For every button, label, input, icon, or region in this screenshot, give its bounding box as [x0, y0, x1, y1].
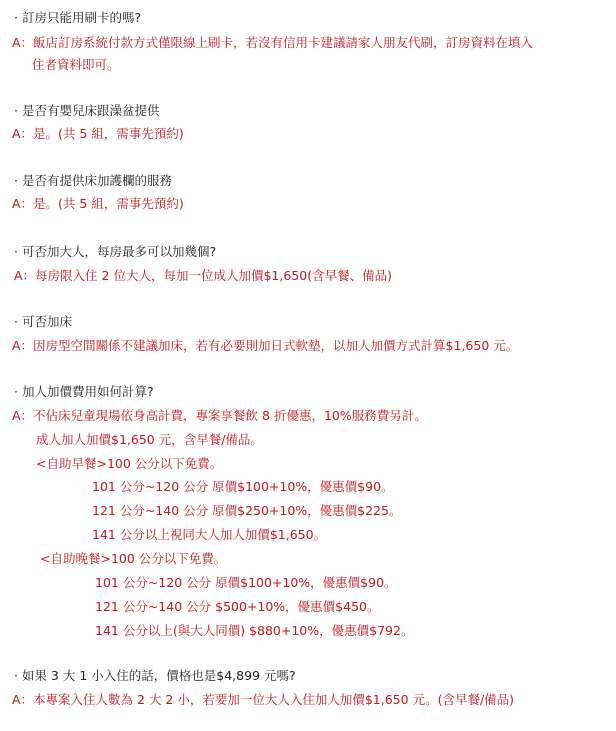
faq-answer-breakfast-tier: 121 公分~140 公分 原價$250+10%，優惠價$225。 — [92, 503, 402, 519]
faq-answer-dinner-tier: 101 公分~120 公分 原價$100+10%，優惠價$90。 — [95, 575, 397, 591]
faq-answer-breakfast-tier: 101 公分~120 公分 原價$100+10%，優惠價$90。 — [92, 479, 394, 495]
faq-answer: A：是。(共 5 組，需事先預約) — [12, 126, 184, 142]
faq-answer-dinner-header: <自助晚餐>100 公分以下免費。 — [40, 551, 226, 567]
faq-question: · 是否有提供床加護欄的服務 — [14, 173, 172, 189]
faq-answer-continued: 住者資料即可。 — [32, 57, 120, 73]
faq-question: · 訂房只能用刷卡的嗎? — [14, 10, 141, 26]
faq-answer-breakfast-header: <自助早餐>100 公分以下免費。 — [36, 456, 222, 472]
faq-answer: A：是。(共 5 組，需事先預約) — [12, 196, 184, 212]
faq-question: · 可否加床 — [14, 314, 72, 330]
faq-answer-adult-fee: 成人加人加價$1,650 元，含早餐/備品。 — [36, 432, 263, 448]
faq-answer-dinner-tier: 121 公分~140 公分 $500+10%，優惠價$450。 — [95, 599, 380, 615]
faq-answer-dinner-tier: 141 公分以上(與大人同價) $880+10%，優惠價$792。 — [95, 623, 413, 639]
faq-answer: A：不佔床兒童現場依身高計費，專案享餐飲 8 折優惠，10%服務費另計。 — [12, 408, 427, 424]
faq-question: · 是否有嬰兒床跟澡盆提供 — [14, 103, 159, 119]
faq-answer-breakfast-tier: 141 公分以上視同大人加人加價$1,650。 — [92, 527, 326, 543]
faq-question: · 加人加價費用如何計算? — [14, 384, 154, 400]
faq-answer: A：本專案入住人數為 2 大 2 小，若要加一位大人入住加人加價$1,650 元… — [12, 692, 514, 708]
faq-question: · 可否加大人，每房最多可以加幾個? — [14, 244, 216, 260]
faq-answer: A：因房型空間關係不建議加床，若有必要則加日式軟墊，以加人加價方式計算$1,65… — [12, 338, 518, 354]
faq-question: · 如果 3 大 1 小入住的話，價格也是$4,899 元嗎? — [14, 668, 296, 684]
faq-answer: A：每房限入住 2 位大人，每加一位成人加價$1,650(含早餐、備品) — [14, 268, 392, 284]
faq-answer: A：飯店訂房系統付款方式僅限線上刷卡，若沒有信用卡建議請家人朋友代刷，訂房資料在… — [12, 35, 533, 51]
